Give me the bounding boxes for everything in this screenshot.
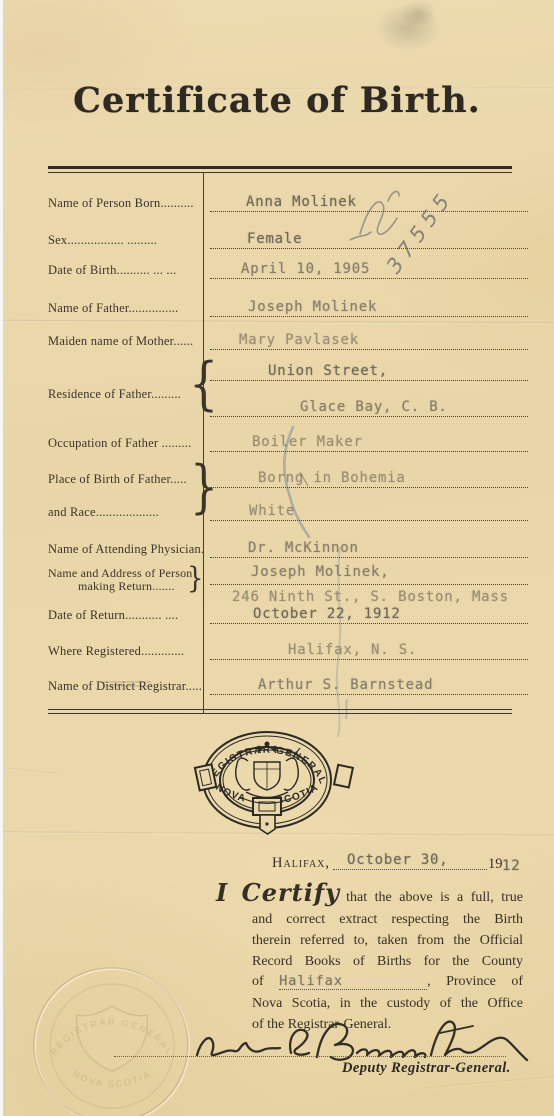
field-label: Sex................. ......... — [48, 233, 157, 248]
signature-line — [114, 1056, 506, 1057]
form-bottom-rule — [48, 709, 512, 710]
county-suffix: , Province of — [427, 974, 523, 989]
field-label: Name of Father............... — [48, 301, 178, 316]
field-line — [210, 247, 528, 249]
typed-date: October 30, — [347, 852, 449, 868]
field-label: Name of Attending Physician. — [48, 542, 204, 557]
field-value: Arthur S. Barnstead — [258, 677, 433, 693]
field-value: Union Street, — [268, 363, 388, 379]
field-line — [210, 277, 528, 279]
form-column-divider — [203, 172, 204, 713]
return-brace: } — [187, 565, 204, 594]
field-label: Name of Person Born.......... — [48, 196, 194, 211]
field-line — [210, 583, 528, 585]
signer-title: Deputy Registrar-General. — [342, 1060, 511, 1077]
field-label: Date of Return........... .... — [48, 608, 178, 623]
field-value: Boiler Maker — [252, 434, 363, 450]
field-line — [210, 348, 528, 350]
field-label: making Return....... — [78, 579, 175, 594]
field-label: Maiden name of Mother...... — [48, 334, 193, 349]
field-value: April 10, 1905 — [241, 261, 370, 277]
form-top-rule — [48, 166, 512, 169]
field-line — [210, 693, 528, 695]
form-bottom-rule-thin — [48, 713, 512, 714]
field-value: Halifax, N. S. — [288, 642, 417, 658]
form-top-rule-thin — [48, 172, 512, 173]
field-value: Glace Bay, C. B. — [300, 399, 448, 415]
field-line — [210, 415, 528, 417]
field-label: Place of Birth of Father..... — [48, 472, 187, 487]
birth-certificate-scan: Certificate of Birth. Name of Person Bor… — [0, 0, 554, 1116]
field-value: Joseph Molinek — [248, 299, 377, 315]
field-value: Dr. McKinnon — [248, 540, 359, 556]
year-printed: 19 — [488, 856, 503, 873]
birthplace-race-brace: } — [190, 459, 218, 516]
residence-brace: { — [189, 354, 218, 412]
field-label: Date of Birth.......... ... ... — [48, 263, 176, 278]
year-typed: 12 — [502, 858, 520, 874]
certification-line1: that the above is a full, true — [346, 890, 523, 905]
field-line — [210, 379, 528, 381]
scan-edge — [0, 0, 3, 1116]
field-value: October 22, 1912 — [253, 606, 401, 622]
field-line — [210, 450, 528, 452]
field-value: Anna Molinek — [246, 194, 357, 210]
field-line — [210, 622, 528, 624]
document-title: Certificate of Birth. — [0, 80, 554, 121]
field-value: White — [249, 503, 295, 519]
field-line — [210, 658, 528, 660]
field-label: and Race................... — [48, 505, 159, 520]
certification-line2: and correct extract respecting the Birth — [252, 912, 523, 928]
field-line — [210, 315, 528, 317]
field-value: Borng in Bohemia — [258, 470, 406, 486]
field-label: Where Registered............. — [48, 644, 184, 659]
field-line — [210, 556, 528, 558]
certification-line6: Nova Scotia, in the custody of the Offic… — [252, 996, 523, 1012]
certification-line3: therein referred to, taken from the Offi… — [252, 933, 523, 949]
date-line — [333, 869, 487, 870]
field-line — [210, 486, 528, 488]
county-prefix: of — [252, 974, 264, 989]
certification-line7: of the Registrar-General. — [252, 1017, 523, 1033]
certification-line4: Record Books of Births for the County — [252, 954, 523, 970]
certification-place: Halifax, — [272, 855, 330, 872]
field-label: Residence of Father......... — [48, 387, 181, 402]
certify-lead: I Certify — [216, 878, 340, 907]
field-value: Female — [247, 231, 302, 247]
field-line — [210, 519, 528, 521]
field-label: Occupation of Father ......... — [48, 436, 191, 451]
typed-county: Halifax — [279, 973, 427, 990]
field-value: 246 Ninth St., S. Boston, Mass — [232, 589, 509, 605]
field-label: Name of District Registrar..... — [48, 679, 202, 694]
field-line — [210, 210, 528, 212]
field-value: Joseph Molinek, — [251, 564, 389, 580]
field-value: Mary Pavlasek — [239, 332, 359, 348]
